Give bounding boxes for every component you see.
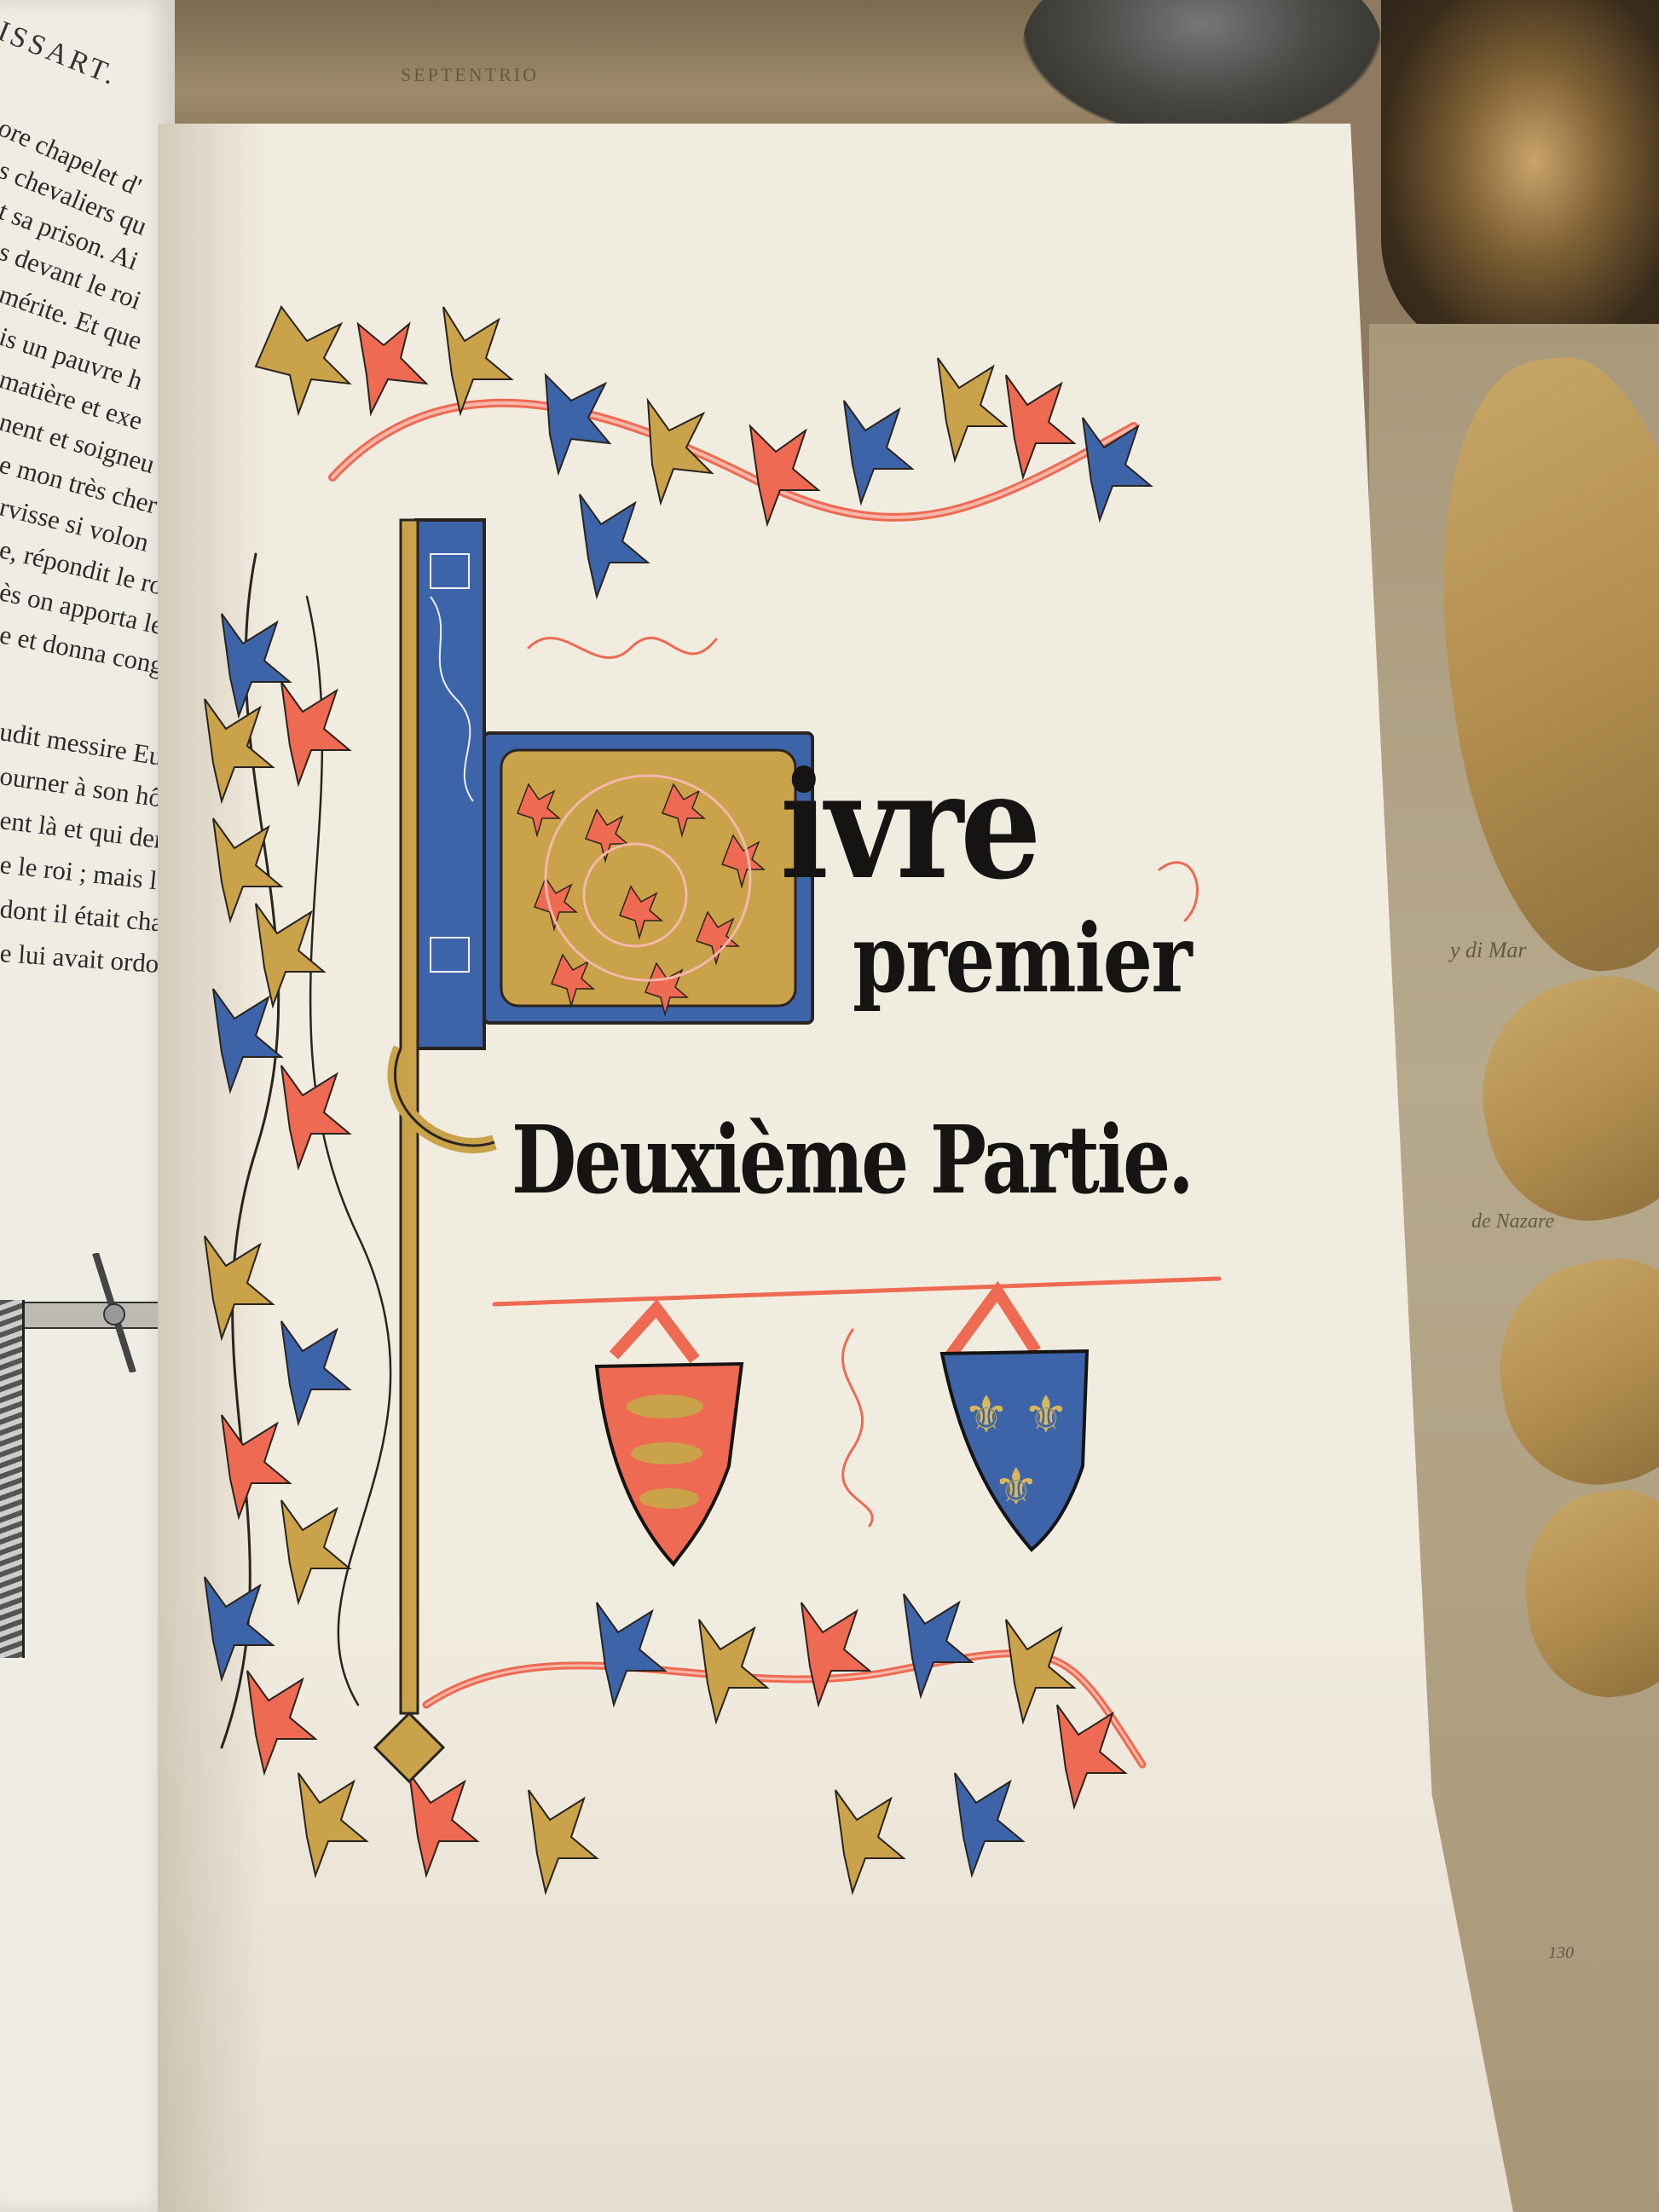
svg-text:⚜: ⚜: [963, 1385, 1009, 1445]
svg-text:⚜: ⚜: [1023, 1385, 1069, 1445]
shield-england: [597, 1308, 742, 1564]
subtitle-deuxieme-partie: Deuxième Partie.: [512, 1104, 1192, 1215]
title-livre: ivre: [780, 740, 1038, 912]
shield-france: ⚜ ⚜ ⚜: [942, 1291, 1087, 1550]
svg-text:⚜: ⚜: [993, 1458, 1039, 1517]
title-premier: premier: [853, 904, 1191, 1014]
